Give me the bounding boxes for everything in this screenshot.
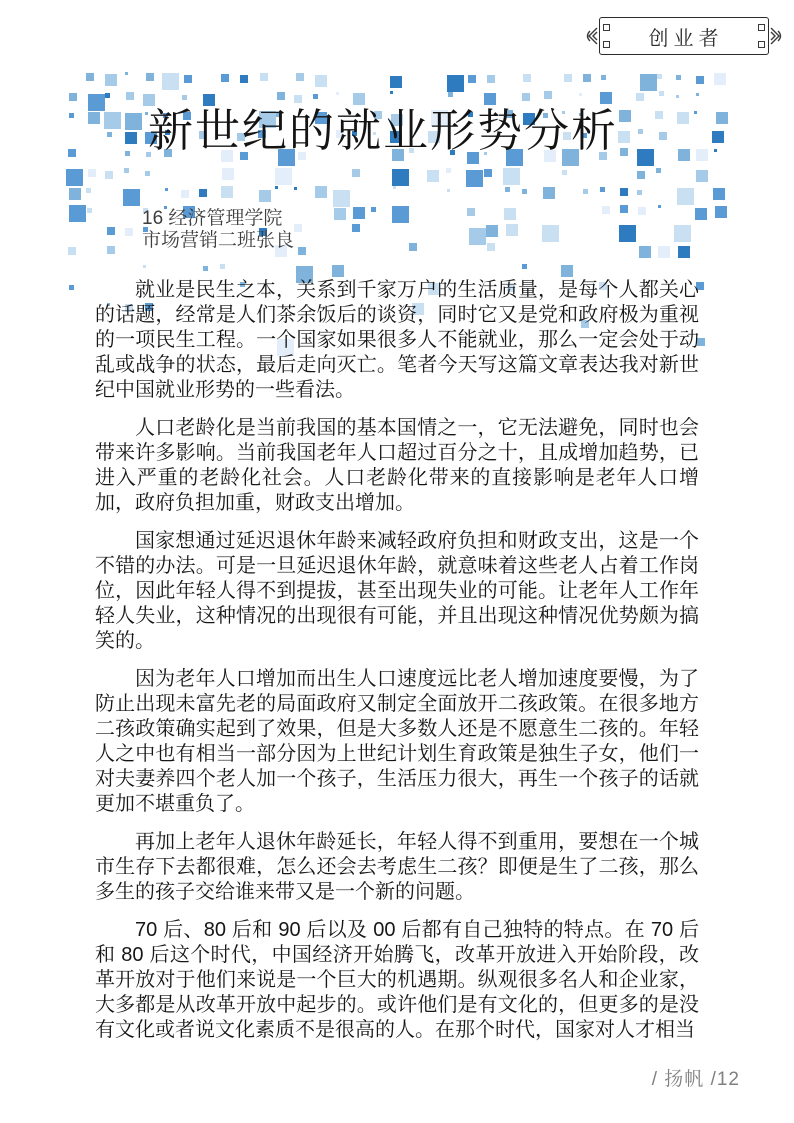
journal-badge: 创业者 [584,16,784,56]
byline-author: 市场营销二班张良 [142,230,294,252]
badge-corner-square [758,24,765,31]
badge-label: 创业者 [649,22,724,51]
paragraph-6: 70 后、80 后和 90 后以及 00 后都有自己独特的特点。在 70 后和 … [95,918,699,1043]
byline: 16 经济管理学院 市场营销二班张良 [142,208,294,252]
page-footer: / 扬帆 /12 [652,1064,740,1091]
badge-box: 创业者 [599,17,769,55]
paragraph-5: 再加上老年人退休年龄延长，年轻人得不到重用，要想在一个城市生存下去都很难，怎么还… [95,830,699,905]
badge-corner-square [758,41,765,48]
right-flourish-icon [769,16,784,56]
paragraph-1: 就业是民生之本，关系到千家万户的生活质量，是每个人都关心的话题，经常是人们茶余饭… [95,278,699,403]
paragraph-4: 因为老年人口增加而出生人口速度远比老人增加速度要慢，为了防止出现未富先老的局面政… [95,667,699,817]
badge-corner-square [603,24,610,31]
byline-school: 16 经济管理学院 [142,208,294,230]
paragraph-3: 国家想通过延迟退休年龄来减轻政府负担和财政支出，这是一个不错的办法。可是一旦延迟… [95,529,699,654]
document-page: 创业者 新世纪的就业形势分析 16 经济管理学院 市场营销二班张良 就业是民生之… [0,0,794,1123]
badge-corner-square [603,41,610,48]
article-title: 新世纪的就业形势分析 [148,106,618,156]
paragraph-2: 人口老龄化是当前我国的基本国情之一，它无法避免，同时也会带来许多影响。当前我国老… [95,416,699,516]
left-flourish-icon [584,16,599,56]
article-body: 就业是民生之本，关系到千家万户的生活质量，是每个人都关心的话题，经常是人们茶余饭… [95,278,699,1056]
